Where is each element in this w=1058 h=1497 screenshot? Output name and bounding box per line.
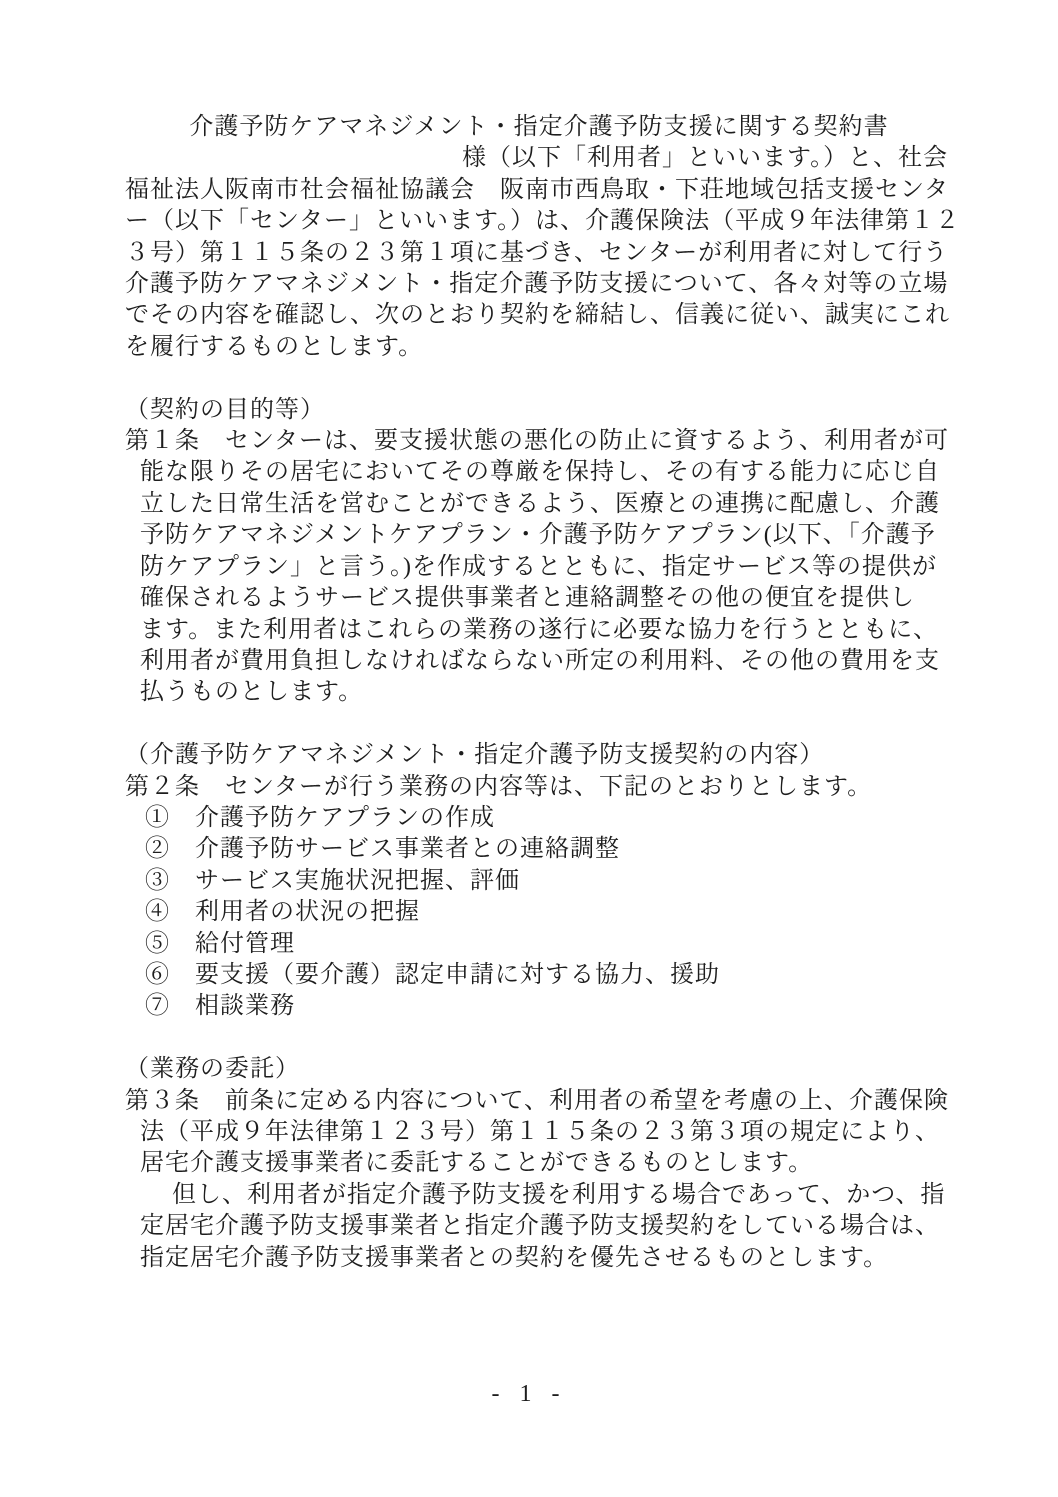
document-title: 介護予防ケアマネジメント・指定介護予防支援に関する契約書	[125, 112, 953, 143]
blank-line	[125, 363, 953, 394]
body-line: ます。また利用者はこれらの業務の遂行に必要な協力を行うとともに、	[125, 615, 953, 646]
body-line: ー（以下「センター」といいます。）は、介護保険法（平成９年法律第１２	[125, 206, 953, 237]
section-heading: （業務の委託）	[125, 1054, 953, 1085]
body-line: 能な限りその居宅においてその尊厳を保持し、その有する能力に応じ自	[125, 457, 953, 488]
list-item-line: ② 介護予防サービス事業者との連絡調整	[125, 834, 953, 865]
body-line: 立した日常生活を営むことができるよう、医療との連携に配慮し、介護	[125, 489, 953, 520]
section-heading: （契約の目的等）	[125, 395, 953, 426]
body-line: 予防ケアマネジメントケアプラン・介護予防ケアプラン(以下、「介護予	[125, 520, 953, 551]
body-line: を履行するものとします。	[125, 332, 953, 363]
body-line: 指定居宅介護予防支援事業者との契約を優先させるものとします。	[125, 1243, 953, 1274]
party-name-line: 様（以下「利用者」といいます。）と、社会	[125, 143, 953, 174]
list-item-line: ③ サービス実施状況把握、評価	[125, 866, 953, 897]
body-line: ３号）第１１５条の２３第１項に基づき、センターが利用者に対して行う	[125, 238, 953, 269]
body-line: 防ケアプラン」と言う。)を作成するとともに、指定サービス等の提供が	[125, 552, 953, 583]
list-item-line: ⑥ 要支援（要介護）認定申請に対する協力、援助	[125, 960, 953, 991]
contract-document-page: 介護予防ケアマネジメント・指定介護予防支援に関する契約書様（以下「利用者」といい…	[0, 0, 1058, 1497]
section-heading: （介護予防ケアマネジメント・指定介護予防支援契約の内容）	[125, 740, 953, 771]
list-item-line: ⑦ 相談業務	[125, 991, 953, 1022]
body-line: 介護予防ケアマネジメント・指定介護予防支援について、各々対等の立場	[125, 269, 953, 300]
body-line: 確保されるようサービス提供事業者と連絡調整その他の便宜を提供し	[125, 583, 953, 614]
body-line: 第１条 センターは、要支援状態の悪化の防止に資するよう、利用者が可	[125, 426, 953, 457]
body-line: 但し、利用者が指定介護予防支援を利用する場合であって、かつ、指	[125, 1180, 953, 1211]
body-line: 居宅介護支援事業者に委託することができるものとします。	[125, 1148, 953, 1179]
body-line: 払うものとします。	[125, 677, 953, 708]
body-line: でその内容を確認し、次のとおり契約を締結し、信義に従い、誠実にこれ	[125, 300, 953, 331]
list-item-line: ① 介護予防ケアプランの作成	[125, 803, 953, 834]
page-number: - 1 -	[0, 1381, 1058, 1408]
document-body: 介護予防ケアマネジメント・指定介護予防支援に関する契約書様（以下「利用者」といい…	[125, 112, 953, 1274]
body-line: 福祉法人阪南市社会福祉協議会 阪南市西鳥取・下荘地域包括支援センタ	[125, 175, 953, 206]
list-item-line: ④ 利用者の状況の把握	[125, 897, 953, 928]
body-line: 第３条 前条に定める内容について、利用者の希望を考慮の上、介護保険	[125, 1086, 953, 1117]
body-line: 利用者が費用負担しなければならない所定の利用料、その他の費用を支	[125, 646, 953, 677]
list-item-line: ⑤ 給付管理	[125, 929, 953, 960]
body-line: 第２条 センターが行う業務の内容等は、下記のとおりとします。	[125, 772, 953, 803]
body-line: 定居宅介護予防支援事業者と指定介護予防支援契約をしている場合は、	[125, 1211, 953, 1242]
blank-line	[125, 1023, 953, 1054]
blank-line	[125, 709, 953, 740]
body-line: 法（平成９年法律第１２３号）第１１５条の２３第３項の規定により、	[125, 1117, 953, 1148]
